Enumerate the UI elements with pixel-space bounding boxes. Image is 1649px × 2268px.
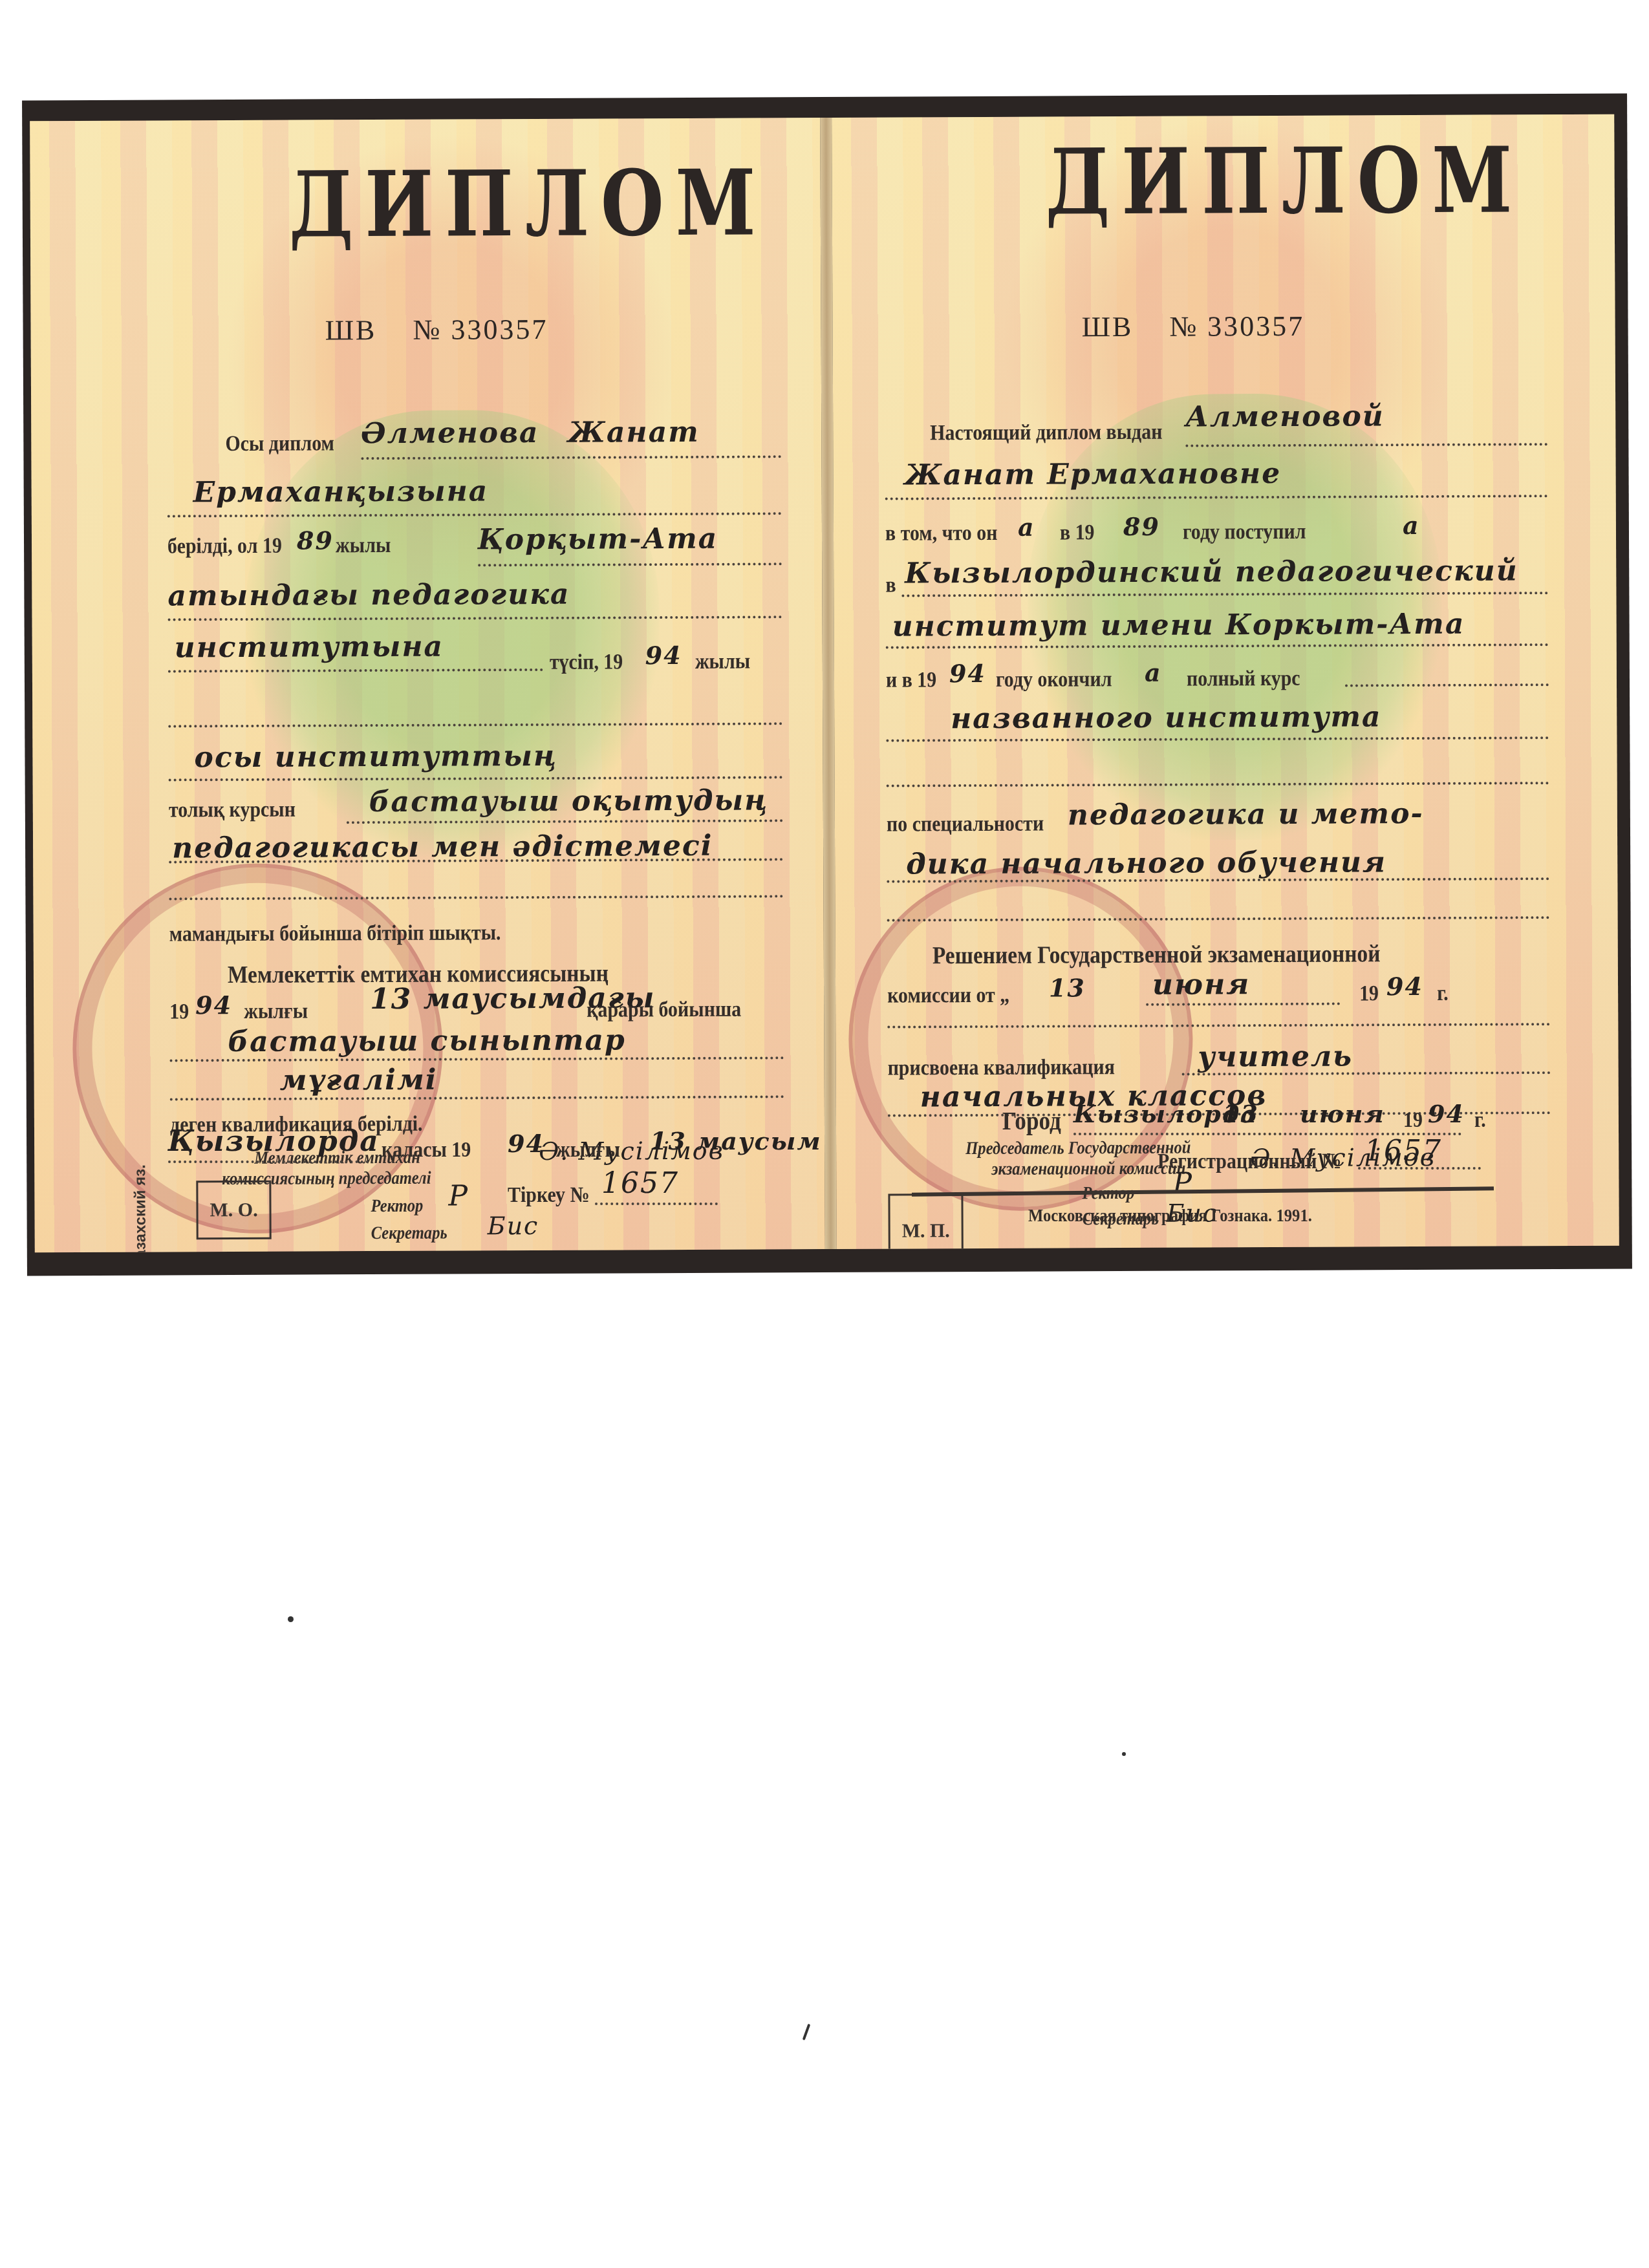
city-day: 13: [1222, 1099, 1259, 1128]
gender-ending: а: [1145, 658, 1162, 687]
diploma-serial: ШВ № 330357: [1081, 310, 1304, 344]
holder-patronymic: Ермаханқызына: [193, 475, 489, 509]
series: ШВ: [1081, 311, 1133, 343]
series: ШВ: [325, 314, 376, 346]
holder-first-name: Жанат: [568, 416, 700, 449]
label-issued-to: Осы диплом: [225, 431, 334, 456]
institute-name-2: институт имени Коркыт-Ата: [892, 608, 1465, 643]
city-year: 94: [1428, 1099, 1465, 1128]
holder-name-patronymic: Жанат Ермахановне: [904, 457, 1281, 492]
label-decision: Решением Государственной экзаменационной: [932, 939, 1381, 970]
qualification-2: мұғалімі: [280, 1064, 438, 1097]
label-specialty-completed: мамандығы бойынша бітіріп шықты.: [169, 921, 501, 947]
label-year: жылы: [695, 650, 750, 674]
label-issued-to: Настоящий диплом выдан: [930, 420, 1162, 446]
specialty-1: педагогика и мето-: [1068, 797, 1424, 831]
graduation-year: 94: [645, 641, 682, 670]
footer-rule: [912, 1186, 1494, 1196]
decision-year: 94: [195, 990, 232, 1020]
label-entered: түсіп, 19: [550, 650, 623, 674]
label-year-suffix: г.: [1437, 981, 1449, 1006]
decision-year: 94: [1386, 972, 1423, 1001]
label-year-prefix: 19: [1403, 1108, 1423, 1133]
number-sign: №: [1169, 310, 1198, 342]
label-qualification: присвоена квалификация: [888, 1055, 1115, 1081]
diploma-title: ДИПЛОМ: [1045, 127, 1524, 235]
institute-name-2: атындағы педагогика: [167, 578, 570, 613]
institute-name-1: Кызылординский педагогический: [905, 554, 1518, 590]
fill-line: [1146, 1003, 1340, 1006]
label-city: Город: [1002, 1106, 1061, 1136]
city-year: 94: [508, 1129, 544, 1158]
gender-ending: а: [1018, 513, 1035, 542]
diploma-serial: ШВ № 330357: [325, 313, 548, 347]
label-year-suffix: жылғы: [556, 1138, 620, 1162]
label-in-year: в 19: [1060, 520, 1095, 545]
right-page-footer: Город Кызылорда 13 июня 19 94 г. Регистр…: [834, 1099, 1617, 1261]
course-of-institute: осы институттың: [194, 740, 557, 774]
entry-year: 89: [1123, 512, 1160, 541]
left-page-footer: Қызылорда қаласы 19 94 жылғы 13 маусым Т…: [32, 1099, 821, 1228]
decision-month: июня: [1152, 968, 1250, 1001]
label-registration: Регистрационный №: [1158, 1150, 1341, 1174]
label-full-course: полный курс: [1187, 667, 1300, 692]
holder-surname-dative: Алменовой: [1185, 400, 1385, 433]
label-commission-from: комиссии от „: [887, 983, 1009, 1009]
label-specialty: по специальности: [887, 812, 1044, 837]
label-year-suffix: г.: [1474, 1108, 1486, 1133]
specialty-2: дика начального обучения: [906, 846, 1386, 881]
city-month: июня: [1300, 1099, 1385, 1128]
diploma-number: 330357: [451, 314, 548, 346]
label-year-suffix: жылғы: [244, 1000, 308, 1024]
label-city-year: қаласы 19: [382, 1138, 471, 1162]
left-page-kazakh: ДИПЛОМ ШВ № 330357 Осы диплом Әлменова Ж…: [30, 118, 825, 1252]
label-year-prefix: 19: [169, 1000, 189, 1024]
number-sign: №: [413, 314, 442, 346]
label-registration: Тіркеу №: [508, 1183, 589, 1208]
right-page-russian: ДИПЛОМ ШВ № 330357 Настоящий диплом выда…: [832, 114, 1619, 1249]
fill-line: [1358, 1167, 1481, 1170]
printer-imprint: Московская типография Гознака. 1991.: [1028, 1206, 1312, 1226]
decision-day: 13: [1049, 973, 1086, 1002]
qualification-1: учитель: [1198, 1040, 1353, 1073]
label-entered: году поступил: [1183, 520, 1306, 545]
city-date: 13 маусым: [650, 1126, 822, 1155]
diploma-number: 330357: [1207, 310, 1304, 343]
label-in: в: [885, 573, 896, 598]
diploma-title: ДИПЛОМ: [288, 150, 767, 258]
registration-number: 1657: [1364, 1135, 1442, 1168]
label-given: берілді, ол 19: [167, 534, 282, 559]
label-year-prefix: 19: [1359, 981, 1379, 1006]
holder-surname: Әлменова: [361, 416, 539, 450]
fill-line: [595, 1203, 718, 1205]
fill-line: [1345, 683, 1549, 687]
label-that-she: в том, что он: [885, 521, 998, 546]
qualification-1: бастауыш сыныптар: [228, 1023, 626, 1058]
label-full-course: толық курсын: [169, 798, 296, 823]
label-graduated: году окончил: [996, 667, 1112, 692]
label-decision: қарары бойынша: [587, 998, 741, 1023]
course-of-institute: названного института: [951, 700, 1382, 735]
fill-line: [168, 1161, 369, 1163]
registration-number: 1657: [601, 1167, 679, 1200]
entry-year: 89: [297, 526, 334, 555]
specialty-1: бастауыш оқытудың: [369, 784, 769, 818]
gender-ending: а: [1403, 511, 1420, 540]
institute-name-3: институтына: [175, 630, 444, 665]
label-and-in: и в 19: [886, 668, 936, 692]
graduation-year: 94: [949, 659, 986, 688]
city-name: Қызылорда: [168, 1125, 380, 1158]
scan-speck: [803, 2024, 811, 2040]
scan-speck: [1122, 1752, 1126, 1756]
institute-name-1: Қорқыт-Ата: [478, 522, 718, 557]
scan-speck: [288, 1616, 294, 1622]
label-year: жылы: [336, 533, 391, 558]
